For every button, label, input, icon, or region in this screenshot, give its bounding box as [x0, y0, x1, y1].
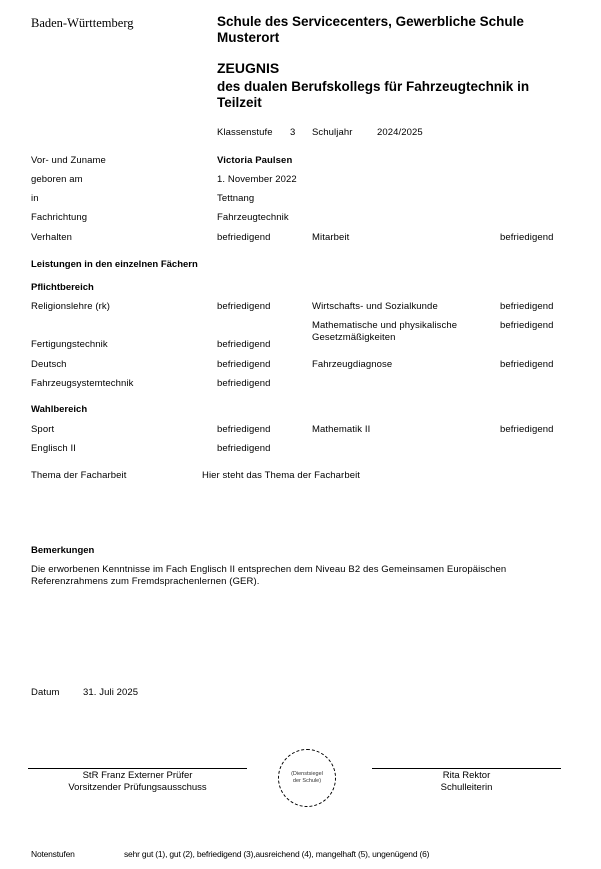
grade-religionslehre: befriedigend — [217, 301, 271, 312]
remarks-text: Die erworbenen Kenntnisse im Fach Englis… — [31, 564, 576, 588]
wahl-heading: Wahlbereich — [31, 404, 87, 415]
thesis-label: Thema der Facharbeit — [31, 470, 126, 481]
signature-line-left — [28, 768, 247, 769]
behavior-label: Verhalten — [31, 232, 72, 243]
remarks-heading: Bemerkungen — [31, 545, 94, 556]
pflicht-heading: Pflichtbereich — [31, 282, 94, 293]
schuljahr-value: 2024/2025 — [377, 127, 423, 138]
subject-mathematik-2: Mathematik II — [312, 424, 370, 435]
seal-text-1: (Dienstsiegel — [291, 771, 323, 778]
document-title: ZEUGNIS — [217, 60, 279, 76]
participation-grade: befriedigend — [500, 232, 554, 243]
school-name: Schule des Servicecenters, Gewerbliche S… — [217, 14, 577, 46]
behavior-grade: befriedigend — [217, 232, 271, 243]
signer-right-name: Rita Rektor — [372, 770, 561, 782]
grade-fahrzeugdiagnose: befriedigend — [500, 359, 554, 370]
signer-right-role: Schulleiterin — [372, 782, 561, 794]
grade-mathematik-2: befriedigend — [500, 424, 554, 435]
grades-heading: Leistungen in den einzelnen Fächern — [31, 259, 198, 270]
grading-scale-label: Notenstufen — [31, 849, 75, 859]
signature-left: StR Franz Externer Prüfer Vorsitzender P… — [28, 770, 247, 794]
field-label: Fachrichtung — [31, 212, 87, 223]
signer-left-role: Vorsitzender Prüfungsausschuss — [28, 782, 247, 794]
birth-place: Tettnang — [217, 193, 254, 204]
subject-fertigungstechnik: Fertigungstechnik — [31, 339, 108, 350]
place-label: in — [31, 193, 39, 204]
subject-fahrzeugsystemtechnik: Fahrzeugsystemtechnik — [31, 378, 133, 389]
signer-left-name: StR Franz Externer Prüfer — [28, 770, 247, 782]
thesis-value: Hier steht das Thema der Facharbeit — [202, 470, 360, 481]
date-label: Datum — [31, 687, 59, 698]
subject-deutsch: Deutsch — [31, 359, 67, 370]
participation-label: Mitarbeit — [312, 232, 349, 243]
born-label: geboren am — [31, 174, 83, 185]
grade-sport: befriedigend — [217, 424, 271, 435]
name-label: Vor- und Zuname — [31, 155, 106, 166]
student-name: Victoria Paulsen — [217, 155, 292, 166]
subject-religionslehre: Religionslehre (rk) — [31, 301, 121, 313]
klassenstufe-value: 3 — [290, 127, 295, 138]
document-subtitle: des dualen Berufskollegs für Fahrzeugtec… — [217, 79, 577, 111]
born-date: 1. November 2022 — [217, 174, 297, 185]
signature-line-right — [372, 768, 561, 769]
grade-fertigungstechnik: befriedigend — [217, 339, 271, 350]
grade-deutsch: befriedigend — [217, 359, 271, 370]
state-name: Baden-Württemberg — [31, 16, 134, 31]
subject-sport: Sport — [31, 424, 54, 435]
grading-scale: sehr gut (1), gut (2), befriedigend (3),… — [124, 849, 429, 859]
seal-text-2: der Schule) — [291, 778, 323, 785]
grade-wirtschaft: befriedigend — [500, 301, 554, 312]
schuljahr-label: Schuljahr — [312, 127, 353, 138]
subject-wirtschaft: Wirtschafts- und Sozialkunde — [312, 301, 438, 312]
field-value: Fahrzeugtechnik — [217, 212, 289, 223]
grade-mathematik-physik: befriedigend — [500, 320, 554, 331]
grade-fahrzeugsystemtechnik: befriedigend — [217, 378, 271, 389]
date-value: 31. Juli 2025 — [83, 687, 138, 698]
signature-right: Rita Rektor Schulleiterin — [372, 770, 561, 794]
official-seal: (Dienstsiegel der Schule) — [278, 749, 336, 807]
subject-mathematik-physik: Mathematische und physikalische Gesetzmä… — [312, 320, 497, 344]
subject-fahrzeugdiagnose: Fahrzeugdiagnose — [312, 359, 392, 370]
subject-englisch-2: Englisch II — [31, 443, 76, 454]
grade-englisch-2: befriedigend — [217, 443, 271, 454]
klassenstufe-label: Klassenstufe — [217, 127, 273, 138]
